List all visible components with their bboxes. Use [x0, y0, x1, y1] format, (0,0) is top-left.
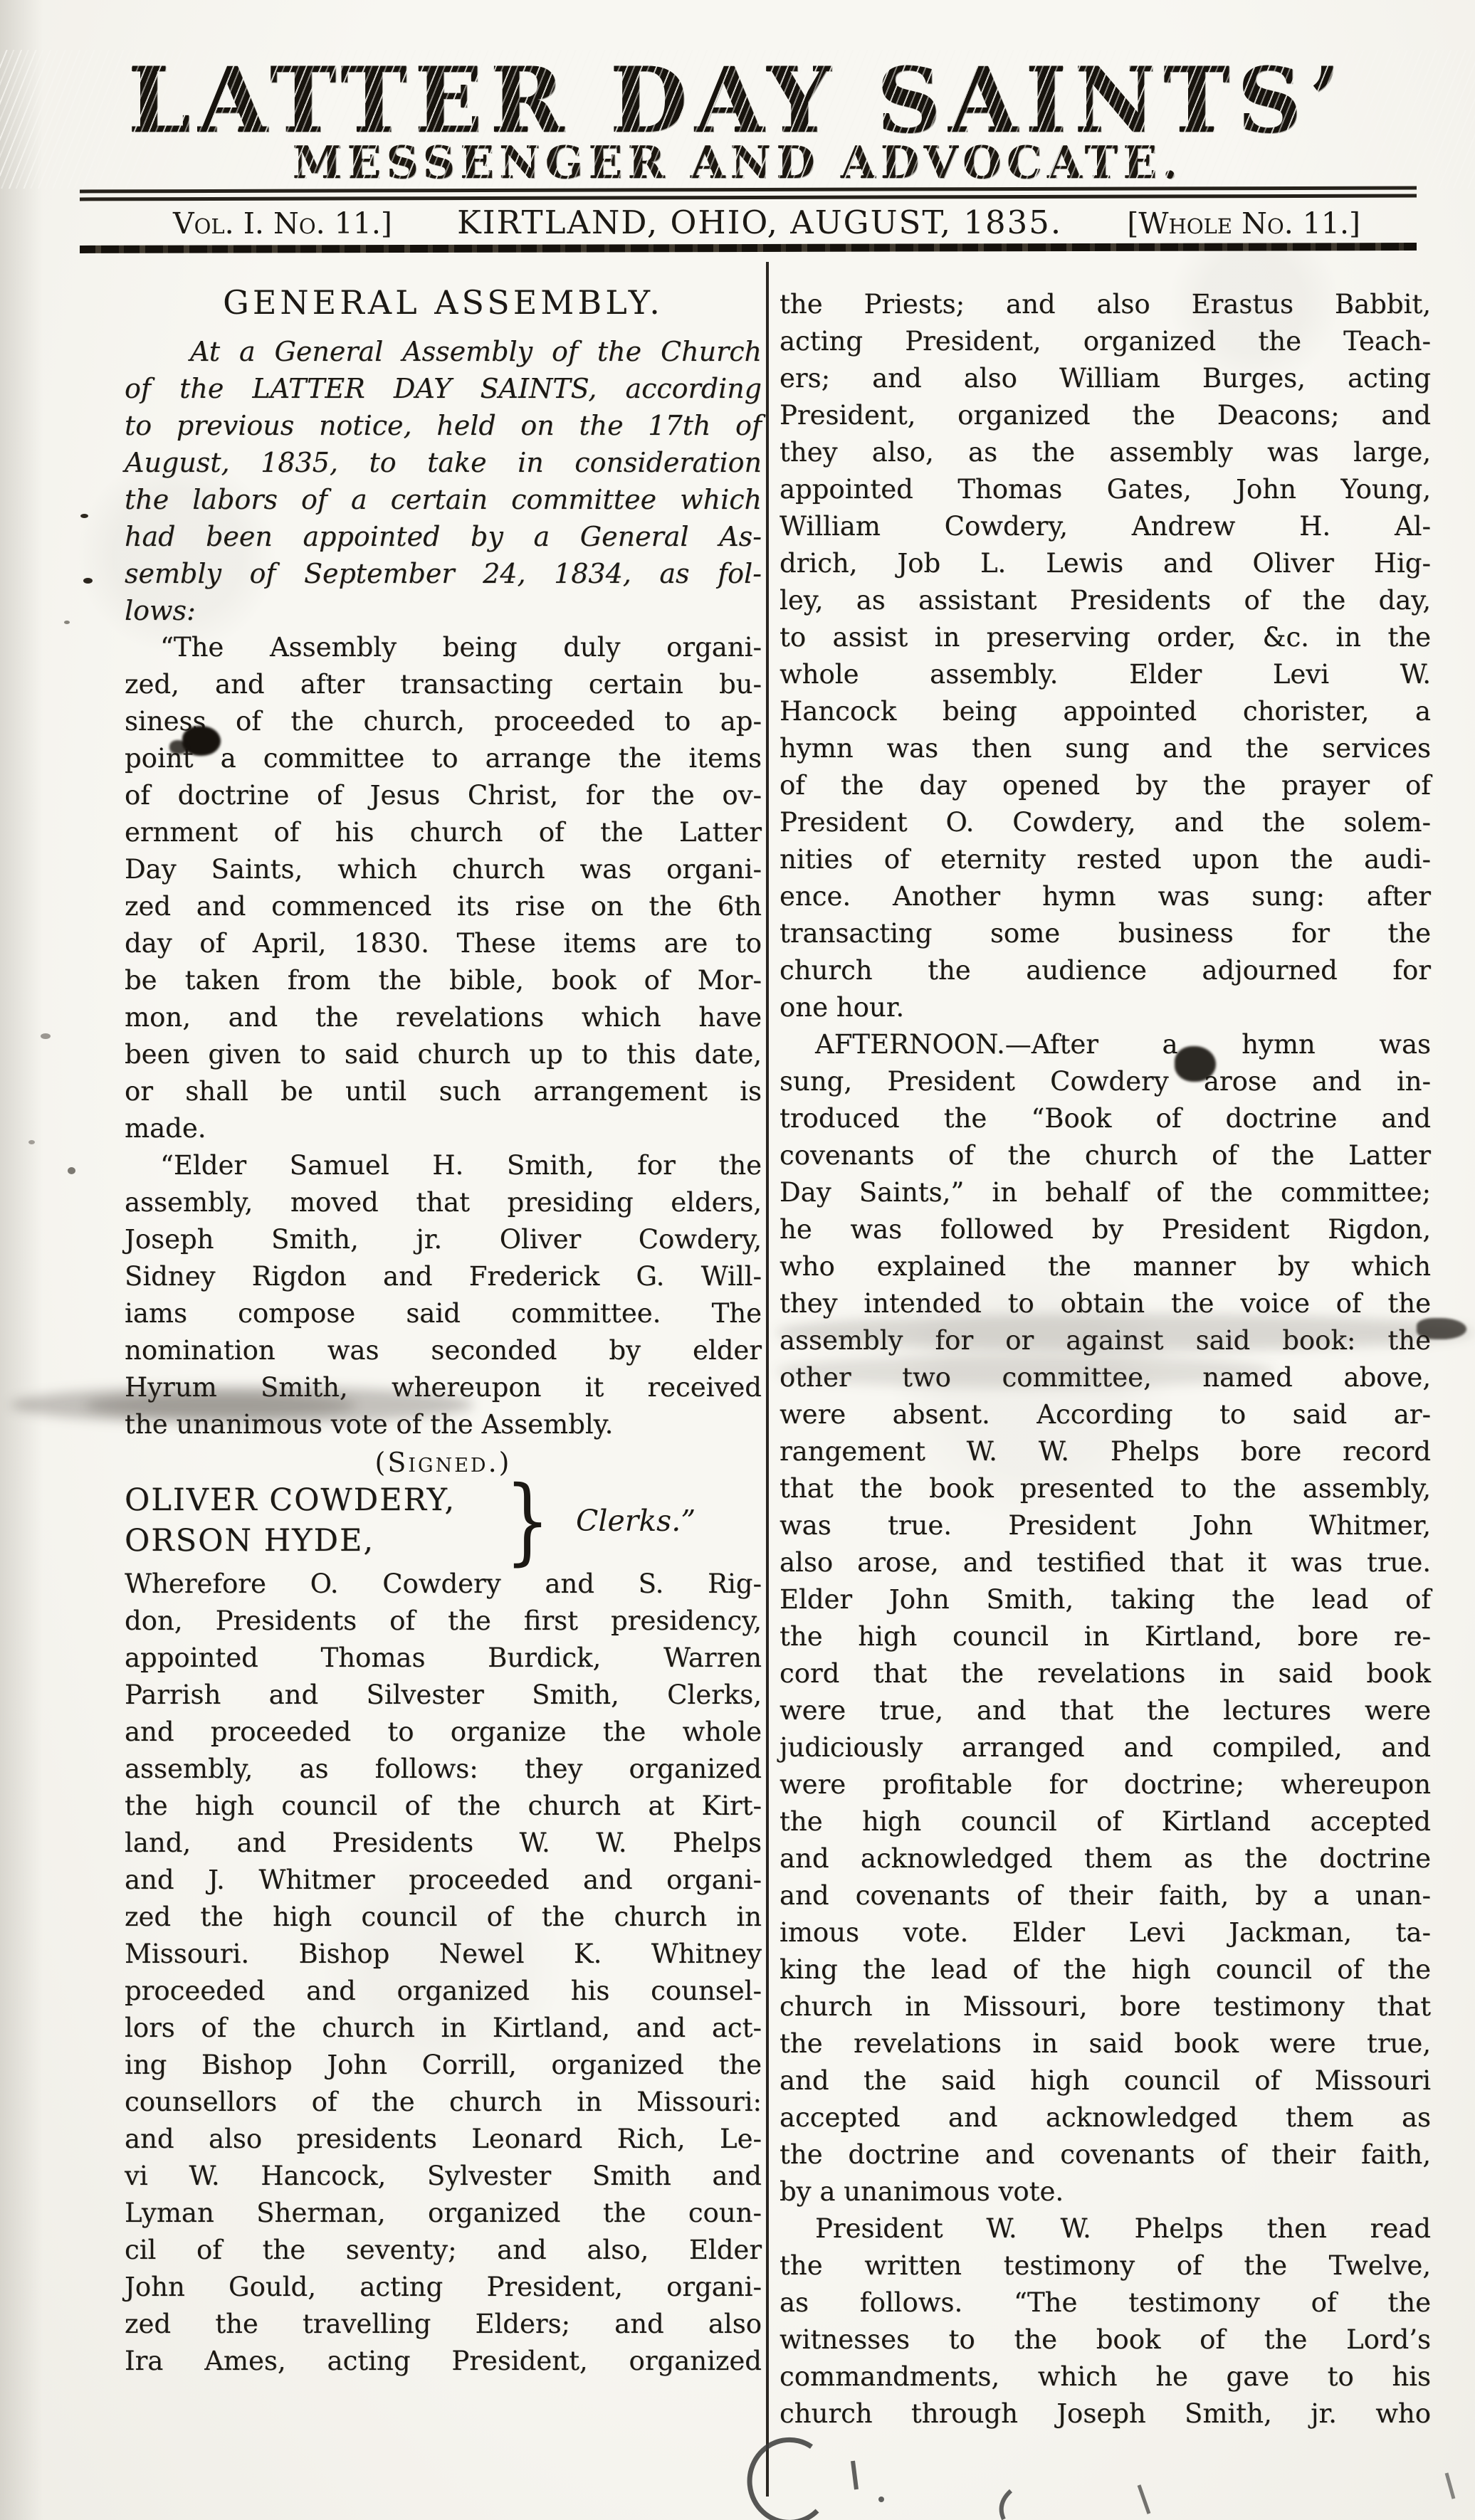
text-line: land, and Presidents W. W. Phelps [125, 1825, 762, 1862]
text-line: Ira Ames, acting President, organized [125, 2343, 762, 2380]
text-line: or shall be until such arrangement is [125, 1073, 762, 1110]
text-line: the Priests; and also Erastus Babbit, [780, 286, 1431, 323]
text-line: counsellors of the church in Missouri: [125, 2084, 762, 2121]
text-line: sembly of September 24, 1834, as fol- [125, 555, 762, 592]
text-line: “Elder Samuel H. Smith, for the [125, 1147, 762, 1184]
text-line: witnesses to the book of the Lord’s [780, 2321, 1431, 2358]
text-line: vi W. Hancock, Sylvester Smith and [125, 2158, 762, 2195]
text-line: as follows. “The testimony of the [780, 2284, 1431, 2321]
text-line: the unanimous vote of the Assembly. [125, 1406, 762, 1443]
clerk-name: ORSON HYDE, [125, 1521, 502, 1561]
signed-block: (Signed.)OLIVER COWDERY,ORSON HYDE,}Cler… [125, 1445, 762, 1561]
text-line: of the day opened by the prayer of [780, 767, 1431, 804]
scan-edge-shadow [0, 0, 43, 2520]
clerk-name: OLIVER COWDERY, [125, 1480, 502, 1521]
text-line: Hyrum Smith, whereupon it received [125, 1369, 762, 1406]
text-line: the revelations in said book were true, [780, 2025, 1431, 2062]
brace-glyph: } [505, 1481, 550, 1561]
masthead-title: LATTER DAY SAINTS’ [0, 56, 1475, 145]
signed-label: (Signed.) [125, 1445, 762, 1480]
issue-line: Vol. I. No. 11.] KIRTLAND, OHIO, AUGUST,… [173, 204, 1360, 241]
text-line: cil of the seventy; and also, Elder [125, 2232, 762, 2269]
stray-mark [83, 578, 93, 584]
paragraph: “Elder Samuel H. Smith, for theassembly,… [125, 1147, 762, 1443]
text-line: and J. Whitmer proceeded and organi- [125, 1862, 762, 1899]
text-line: Wherefore O. Cowdery and S. Rig- [125, 1566, 762, 1603]
newspaper-page: { "masthead": { "title": "LATTER DAY SAI… [0, 0, 1475, 2520]
text-line: they intended to obtain the voice of the [780, 1285, 1431, 1322]
text-line: were true, and that the lectures were [780, 1692, 1431, 1729]
text-line: appointed Thomas Burdick, Warren [125, 1640, 762, 1677]
text-line: Lyman Sherman, organized the coun- [125, 2195, 762, 2232]
text-line: Sidney Rigdon and Frederick G. Will- [125, 1258, 762, 1295]
text-line: the written testimony of the Twelve, [780, 2247, 1431, 2284]
text-line: Hancock being appointed chorister, a [780, 693, 1431, 730]
stray-mark [64, 621, 70, 624]
text-line: made. [125, 1110, 762, 1147]
right-column: the Priests; and also Erastus Babbit,act… [780, 286, 1431, 2432]
text-line: drich, Job L. Lewis and Oliver Hig- [780, 545, 1431, 582]
text-line: church through Joseph Smith, jr. who [780, 2395, 1431, 2432]
masthead-subtitle: MESSENGER AND ADVOCATE. [0, 140, 1475, 185]
text-line: hymn was then sung and the services [780, 730, 1431, 767]
text-line: nomination was seconded by elder [125, 1332, 762, 1369]
text-line: ley, as assistant Presidents of the day, [780, 582, 1431, 619]
text-line: commandments, which he gave to his [780, 2358, 1431, 2395]
text-line: whole assembly. Elder Levi W. [780, 656, 1431, 693]
place-date: KIRTLAND, OHIO, AUGUST, 1835. [457, 204, 1062, 241]
text-line: cord that the revelations in said book [780, 1655, 1431, 1692]
text-line: ing Bishop John Corrill, organized the [125, 2047, 762, 2084]
text-line: and also presidents Leonard Rich, Le- [125, 2121, 762, 2158]
text-line: lors of the church in Kirtland, and act- [125, 2010, 762, 2047]
text-line: the high council in Kirtland, bore re- [780, 1618, 1431, 1655]
clerks-label: Clerks.” [576, 1504, 695, 1538]
text-line: other two committee, named above, [780, 1359, 1431, 1396]
text-line: appointed Thomas Gates, John Young, [780, 471, 1431, 508]
clerk-names: OLIVER COWDERY,ORSON HYDE, [125, 1480, 502, 1561]
text-line: acting President, organized the Teach- [780, 323, 1431, 360]
text-line: also arose, and testified that it was tr… [780, 1544, 1431, 1581]
text-line: that the book presented to the assembly, [780, 1470, 1431, 1507]
text-line: Parrish and Silvester Smith, Clerks, [125, 1677, 762, 1714]
text-line: and acknowledged them as the doctrine [780, 1840, 1431, 1877]
text-line: had been appointed by a General As- [125, 518, 762, 555]
text-line: king the lead of the high council of the [780, 1951, 1431, 1988]
stray-mark [28, 1140, 35, 1144]
text-line: President, organized the Deacons; and [780, 397, 1431, 434]
paragraph: the Priests; and also Erastus Babbit,act… [780, 286, 1431, 1026]
text-line: were profitable for doctrine; whereupon [780, 1766, 1431, 1803]
paragraph: At a General Assembly of the Churchof th… [125, 333, 762, 629]
text-line: lows: [125, 592, 762, 629]
text-line: assembly for or against said book: the [780, 1322, 1431, 1359]
text-line: point a committee to arrange the items [125, 740, 762, 777]
text-line: to assist in preserving order, &c. in th… [780, 619, 1431, 656]
text-line: John Gould, acting President, organi- [125, 2269, 762, 2306]
text-line: sung, President Cowdery arose and in- [780, 1063, 1431, 1100]
text-line: he was followed by President Rigdon, [780, 1211, 1431, 1248]
paragraph: Wherefore O. Cowdery and S. Rig-don, Pre… [125, 1566, 762, 2380]
text-line: one hour. [780, 989, 1431, 1026]
text-line: “The Assembly being duly organi- [125, 629, 762, 666]
stray-mark [80, 514, 88, 518]
text-line: zed, and after transacting certain bu- [125, 666, 762, 703]
text-line: transacting some business for the [780, 915, 1431, 952]
text-line: church in Missouri, bore testimony that [780, 1988, 1431, 2025]
text-line: ence. Another hymn was sung: after [780, 878, 1431, 915]
text-line: mon, and the revelations which have [125, 999, 762, 1036]
text-line: Elder John Smith, taking the lead of [780, 1581, 1431, 1618]
text-line: don, Presidents of the first presidency, [125, 1603, 762, 1640]
text-line: who explained the manner by which [780, 1248, 1431, 1285]
text-line: siness of the church, proceeded to ap- [125, 703, 762, 740]
text-line: President W. W. Phelps then read [780, 2210, 1431, 2247]
text-line: were absent. According to said ar- [780, 1396, 1431, 1433]
text-line: and the said high council of Missouri [780, 2062, 1431, 2099]
text-line: and proceeded to organize the whole [125, 1714, 762, 1751]
text-line: William Cowdery, Andrew H. Al- [780, 508, 1431, 545]
signed-row: OLIVER COWDERY,ORSON HYDE,}Clerks.” [125, 1480, 762, 1561]
whole-number: [Whole No. 11.] [1127, 206, 1360, 241]
text-line: been given to said church up to this dat… [125, 1036, 762, 1073]
text-line: August, 1835, to take in consideration [125, 444, 762, 481]
double-rule-bottom [80, 194, 1417, 201]
text-line: President O. Cowdery, and the solem- [780, 804, 1431, 841]
text-line: the doctrine and covenants of their fait… [780, 2136, 1431, 2173]
paragraph: President W. W. Phelps then readthe writ… [780, 2210, 1431, 2432]
text-line: ernment of his church of the Latter [125, 814, 762, 851]
text-line: Missouri. Bishop Newel K. Whitney [125, 1936, 762, 1973]
text-line: zed the travelling Elders; and also [125, 2306, 762, 2343]
text-line: be taken from the bible, book of Mor- [125, 962, 762, 999]
text-line: assembly, as follows: they organized [125, 1751, 762, 1788]
text-line: the labors of a certain committee which [125, 481, 762, 518]
text-line: judiciously arranged and compiled, and [780, 1729, 1431, 1766]
text-line: rangement W. W. Phelps bore record [780, 1433, 1431, 1470]
text-line: AFTERNOON.—After a hymn was [780, 1026, 1431, 1063]
double-rule-top [80, 186, 1417, 194]
text-line: iams compose said committee. The [125, 1295, 762, 1332]
text-line: day of April, 1830. These items are to [125, 925, 762, 962]
volume-number: Vol. I. No. 11.] [173, 206, 392, 241]
text-line: accepted and acknowledged them as [780, 2099, 1431, 2136]
text-line: nities of eternity rested upon the audi- [780, 841, 1431, 878]
text-line: Joseph Smith, jr. Oliver Cowdery, [125, 1221, 762, 1258]
text-line: At a General Assembly of the Church [125, 333, 762, 370]
pen-mark [705, 2434, 1475, 2520]
text-line: proceeded and organized his counsel- [125, 1973, 762, 2010]
paragraph: “The Assembly being duly organi-zed, and… [125, 629, 762, 1147]
text-line: to previous notice, held on the 17th of [125, 407, 762, 444]
text-line: by a unanimous vote. [780, 2173, 1431, 2210]
left-column: GENERAL ASSEMBLY. At a General Assembly … [125, 283, 762, 2380]
text-line: assembly, moved that presiding elders, [125, 1184, 762, 1221]
text-line: Day Saints,” in behalf of the committee; [780, 1174, 1431, 1211]
column-divider [766, 262, 769, 2497]
text-line: ers; and also William Burges, acting [780, 360, 1431, 397]
stray-mark [41, 1033, 51, 1039]
text-line: of doctrine of Jesus Christ, for the ov- [125, 777, 762, 814]
stray-mark [68, 1167, 75, 1174]
thick-rule [80, 243, 1417, 253]
text-line: imous vote. Elder Levi Jackman, ta- [780, 1914, 1431, 1951]
article-heading: GENERAL ASSEMBLY. [125, 283, 762, 322]
text-line: and covenants of their faith, by a unan- [780, 1877, 1431, 1914]
text-line: of the LATTER DAY SAINTS, according [125, 370, 762, 407]
text-line: they also, as the assembly was large, [780, 434, 1431, 471]
text-line: Day Saints, which church was organi- [125, 851, 762, 888]
text-line: the high council of the church at Kirt- [125, 1788, 762, 1825]
paragraph: AFTERNOON.—After a hymn wassung, Preside… [780, 1026, 1431, 2210]
text-line: covenants of the church of the Latter [780, 1137, 1431, 1174]
text-line: zed the high council of the church in [125, 1899, 762, 1936]
text-line: was true. President John Whitmer, [780, 1507, 1431, 1544]
text-line: troduced the “Book of doctrine and [780, 1100, 1431, 1137]
text-line: zed and commenced its rise on the 6th [125, 888, 762, 925]
text-line: church the audience adjourned for [780, 952, 1431, 989]
text-line: the high council of Kirtland accepted [780, 1803, 1431, 1840]
